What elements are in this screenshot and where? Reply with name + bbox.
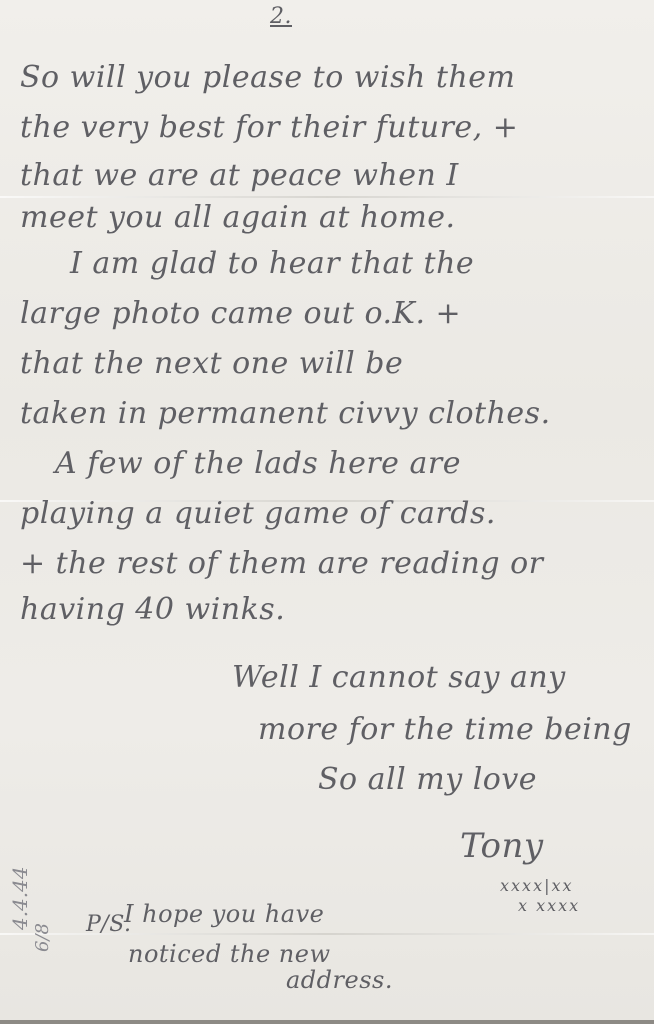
page-number: 2. bbox=[270, 4, 292, 29]
letter-page: 2. So will you please to wish them the v… bbox=[0, 0, 654, 1024]
closing-line: more for the time being bbox=[258, 712, 632, 747]
closing-line: Well I cannot say any bbox=[232, 660, 566, 695]
margin-note: 6/8 bbox=[32, 923, 53, 952]
body-line: that we are at peace when I bbox=[20, 158, 459, 193]
body-line: that the next one will be bbox=[20, 346, 403, 381]
body-line: So will you please to wish them bbox=[20, 60, 515, 95]
body-line: the very best for their future, + bbox=[20, 110, 518, 145]
signature: Tony bbox=[460, 826, 544, 866]
paper-edge bbox=[0, 1020, 654, 1024]
postscript-line: I hope you have bbox=[124, 900, 324, 928]
kisses: xxxx|xx bbox=[500, 876, 574, 895]
body-line: having 40 winks. bbox=[20, 592, 285, 627]
body-line: A few of the lads here are bbox=[55, 446, 461, 481]
postscript-line: address. bbox=[286, 966, 393, 994]
margin-date-note: 4.4.44 bbox=[8, 866, 32, 930]
postscript-line: noticed the new bbox=[128, 940, 331, 968]
body-line: large photo came out o.K. + bbox=[20, 296, 461, 331]
body-line: I am glad to hear that the bbox=[70, 246, 474, 281]
body-line: + the rest of them are reading or bbox=[20, 546, 544, 581]
body-line: taken in permanent civvy clothes. bbox=[20, 396, 551, 431]
fold-line bbox=[0, 196, 654, 198]
kisses: x xxxx bbox=[518, 896, 580, 915]
closing-line: So all my love bbox=[318, 762, 537, 797]
body-line: meet you all again at home. bbox=[20, 200, 456, 235]
body-line: playing a quiet game of cards. bbox=[20, 496, 496, 531]
